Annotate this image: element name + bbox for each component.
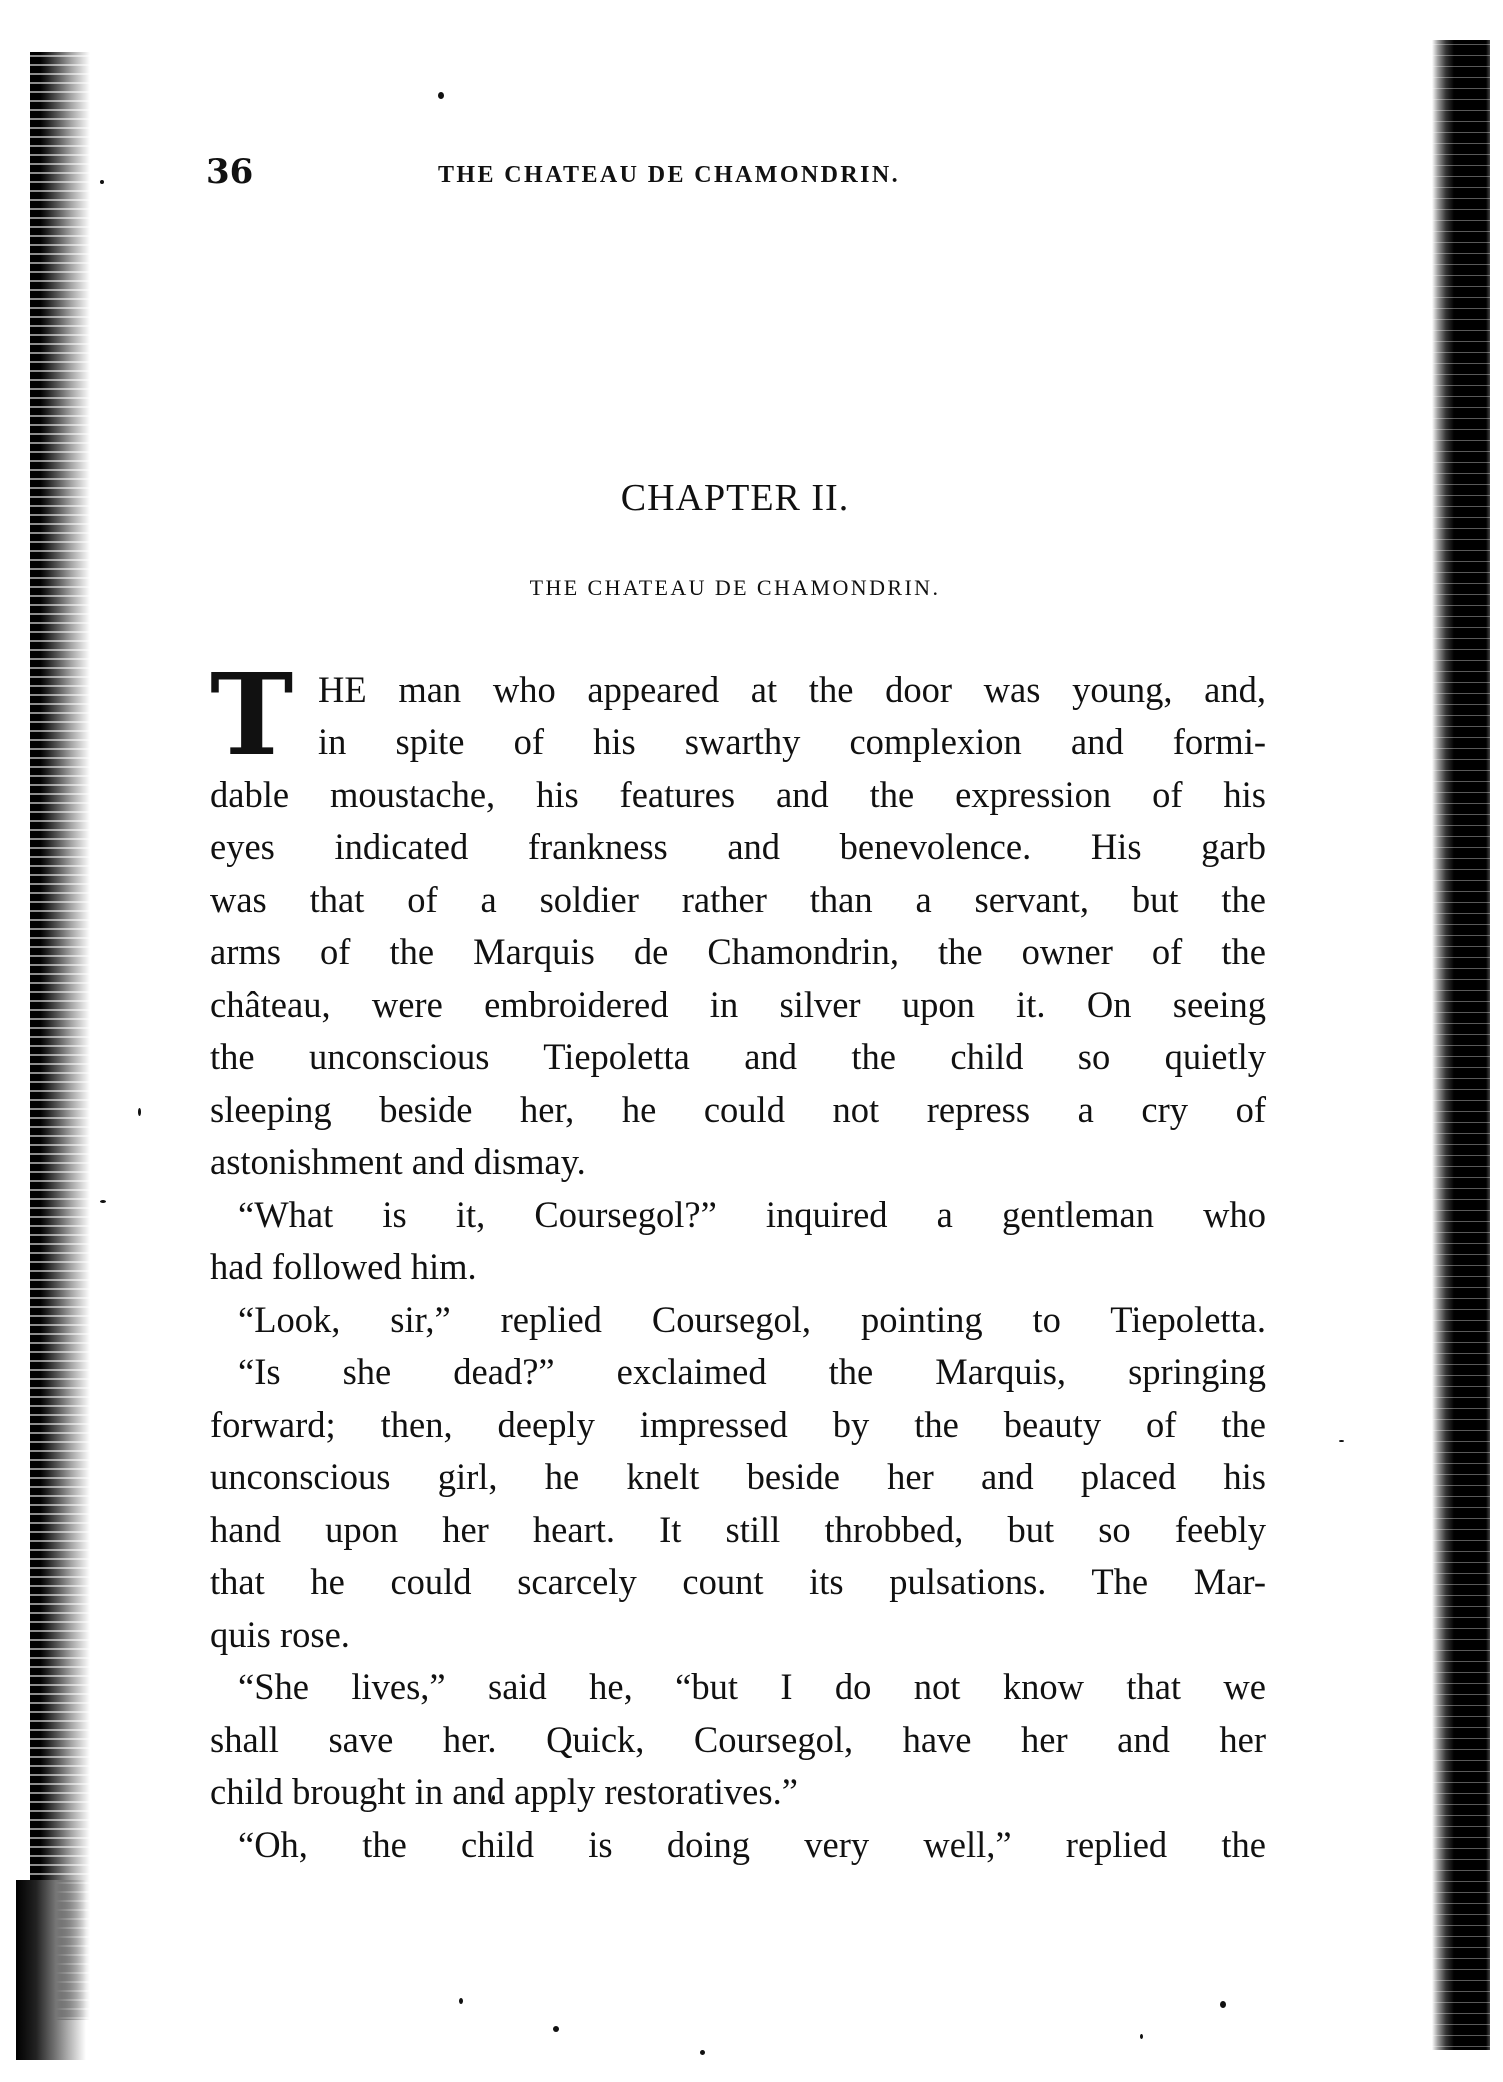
scan-speck — [553, 2026, 559, 2032]
text-line: “Look, sir,” replied Coursegol, pointing… — [210, 1294, 1266, 1346]
chapter-subtitle: THE CHATEAU DE CHAMONDRIN. — [0, 574, 1470, 602]
scan-speck — [1339, 1440, 1344, 1442]
chapter-title: CHAPTER II. — [0, 476, 1470, 520]
text-line: astonishment and dismay. — [210, 1136, 1266, 1188]
text-line: that he could scarcely count its pulsati… — [210, 1556, 1266, 1608]
text-line: eyes indicated frankness and benevolence… — [210, 821, 1266, 873]
scan-shadow-left-bottom — [16, 1880, 86, 2060]
scan-speck — [459, 1998, 463, 2004]
text-line: HE man who appeared at the door was youn… — [318, 664, 1266, 716]
text-line: in spite of his swarthy complexion and f… — [318, 716, 1266, 768]
scan-speck — [100, 1200, 106, 1203]
text-line: “She lives,” said he, “but I do not know… — [210, 1661, 1266, 1713]
scan-shadow-right — [1432, 40, 1490, 2050]
text-line: had followed him. — [210, 1241, 1266, 1293]
text-line: the unconscious Tiepoletta and the child… — [210, 1031, 1266, 1083]
text-line: shall save her. Quick, Coursegol, have h… — [210, 1714, 1266, 1766]
scan-speck — [100, 180, 104, 184]
scan-speck — [138, 1108, 141, 1116]
scan-speck — [700, 2050, 705, 2055]
text-line: “Oh, the child is doing very well,” repl… — [210, 1819, 1266, 1871]
text-line: unconscious girl, he knelt beside her an… — [210, 1451, 1266, 1503]
scan-speck — [438, 92, 444, 99]
text-line: was that of a soldier rather than a serv… — [210, 874, 1266, 926]
scan-speck — [1220, 2001, 1226, 2008]
text-line: arms of the Marquis de Chamondrin, the o… — [210, 926, 1266, 978]
running-header-title: THE CHATEAU DE CHAMONDRIN. — [438, 160, 1038, 190]
text-line: hand upon her heart. It still throbbed, … — [210, 1504, 1266, 1556]
page-number: 36 — [206, 152, 253, 192]
text-line: sleeping beside her, he could not repres… — [210, 1084, 1266, 1136]
text-line: child brought in and apply restoratives.… — [210, 1766, 1266, 1818]
text-line: “Is she dead?” exclaimed the Marquis, sp… — [210, 1346, 1266, 1398]
text-line: forward; then, deeply impressed by the b… — [210, 1399, 1266, 1451]
scan-speck — [1140, 2034, 1143, 2039]
scan-shadow-left — [30, 52, 90, 2020]
text-line: château, were embroidered in silver upon… — [210, 979, 1266, 1031]
drop-cap: T — [210, 666, 293, 766]
text-line: “What is it, Coursegol?” inquired a gent… — [210, 1189, 1266, 1241]
text-line: dable moustache, his features and the ex… — [210, 769, 1266, 821]
text-line: quis rose. — [210, 1609, 1266, 1661]
